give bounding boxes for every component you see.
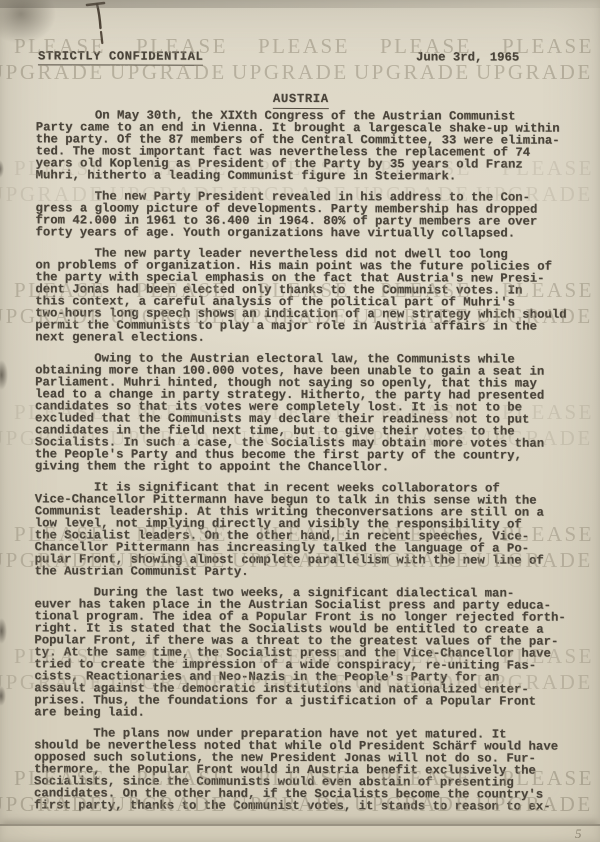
- document-title: AUSTRIA: [1, 92, 600, 106]
- paragraph: The new Party President revealed in his …: [35, 190, 580, 239]
- scanned-document-page: STRICTLY CONFIDENTIAL June 3rd, 1965 AUS…: [0, 0, 600, 842]
- scan-corner-shadow: [0, 0, 56, 44]
- text-line: first party, thanks to the Communist vot…: [34, 799, 579, 812]
- edge-smudge: [0, 360, 8, 390]
- document-date: June 3rd, 1965: [416, 51, 519, 63]
- paper-bottom-edge: [0, 824, 600, 842]
- edge-smudge: [0, 618, 7, 644]
- text-line: forty years of age. Youth organizations …: [35, 226, 580, 239]
- classification-stamp: STRICTLY CONFIDENTIAL: [38, 50, 204, 65]
- page-number: 5: [575, 826, 582, 842]
- edge-smudge: [0, 686, 6, 706]
- paragraph: On May 30th, the XIXth Congress of the A…: [36, 109, 581, 182]
- paragraph: During the last two weeks, a significant…: [34, 586, 579, 719]
- edge-smudge: [0, 160, 4, 178]
- paragraph: The new party leader nevertheless did no…: [35, 247, 580, 344]
- scan-top-edge: [0, 0, 600, 8]
- document-body: On May 30th, the XIXth Congress of the A…: [34, 109, 581, 821]
- document-content: STRICTLY CONFIDENTIAL June 3rd, 1965 AUS…: [0, 0, 600, 842]
- paragraph: It is significant that in recent weeks c…: [35, 481, 580, 578]
- paragraph: The plans now under preparation have not…: [34, 727, 579, 812]
- paragraph: Owing to the Austrian electoral law, the…: [35, 352, 580, 473]
- document-title-text: AUSTRIA: [273, 92, 329, 109]
